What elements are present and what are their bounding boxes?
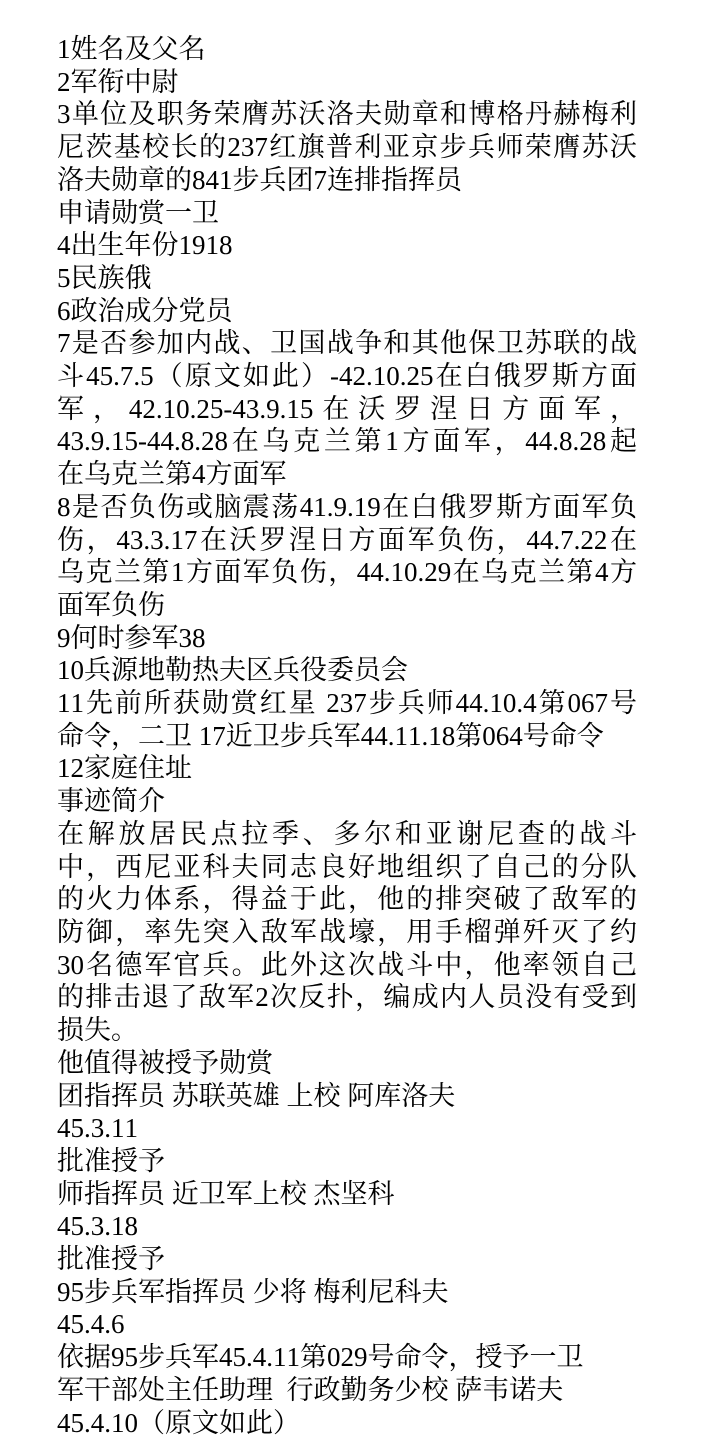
text-line-11: 斗45.7.5（原文如此）-42.10.25在白俄罗斯方面 xyxy=(57,360,637,393)
text-line-29: 30名德军官兵。此外这次战斗中，他率领自己 xyxy=(57,949,637,982)
text-line-18: 面军负伤 xyxy=(57,589,637,622)
text-line-38: 批准授予 xyxy=(57,1243,637,1276)
text-line-20: 10兵源地勒热夫区兵役委员会 xyxy=(57,654,637,687)
text-line-7: 4出生年份1918 xyxy=(57,229,637,262)
text-line-27: 的火力体系，得益于此，他的排突破了敌军的 xyxy=(57,883,637,916)
text-line-39: 95步兵军指挥员 少将 梅利尼科夫 xyxy=(57,1276,637,1309)
text-line-8: 5民族俄 xyxy=(57,262,637,295)
text-line-43: 45.4.10（原文如此） xyxy=(57,1407,637,1440)
text-line-34: 45.3.11 xyxy=(57,1112,637,1145)
text-line-24: 事迹简介 xyxy=(57,785,637,818)
text-line-1: 1姓名及父名 xyxy=(57,33,637,66)
text-line-22: 命令，二卫 17近卫步兵军44.11.18第064号命令 xyxy=(57,720,637,753)
text-line-32: 他值得被授予勋赏 xyxy=(57,1047,637,1080)
text-line-37: 45.3.18 xyxy=(57,1210,637,1243)
text-line-41: 依据95步兵军45.4.11第029号命令，授予一卫 xyxy=(57,1341,637,1374)
text-line-4: 尼茨基校长的237红旗普利亚京步兵师荣膺苏沃 xyxy=(57,131,637,164)
text-line-31: 损失。 xyxy=(57,1014,637,1047)
text-line-2: 2军衔中尉 xyxy=(57,66,637,99)
text-line-21: 11先前所获勋赏红星 237步兵师44.10.4第067号 xyxy=(57,687,637,720)
text-line-19: 9何时参军38 xyxy=(57,622,637,655)
text-line-33: 团指挥员 苏联英雄 上校 阿库洛夫 xyxy=(57,1080,637,1113)
text-line-40: 45.4.6 xyxy=(57,1308,637,1341)
text-line-12: 军，42.10.25-43.9.15在沃罗涅日方面军， xyxy=(57,393,637,426)
text-line-35: 批准授予 xyxy=(57,1145,637,1178)
text-block: 1姓名及父名2军衔中尉3单位及职务荣膺苏沃洛夫勋章和博格丹赫梅利尼茨基校长的23… xyxy=(57,33,637,1439)
text-line-26: 中，西尼亚科夫同志良好地组织了自己的分队 xyxy=(57,851,637,884)
text-line-16: 伤，43.3.17在沃罗涅日方面军负伤，44.7.22在 xyxy=(57,524,637,557)
text-line-42: 军干部处主任助理 行政勤务少校 萨韦诺夫 xyxy=(57,1374,637,1407)
text-line-3: 3单位及职务荣膺苏沃洛夫勋章和博格丹赫梅利 xyxy=(57,98,637,131)
text-line-28: 防御，率先突入敌军战壕，用手榴弹歼灭了约 xyxy=(57,916,637,949)
text-line-23: 12家庭住址 xyxy=(57,752,637,785)
text-line-36: 师指挥员 近卫军上校 杰坚科 xyxy=(57,1178,637,1211)
text-line-17: 乌克兰第1方面军负伤，44.10.29在乌克兰第4方 xyxy=(57,556,637,589)
text-line-14: 在乌克兰第4方面军 xyxy=(57,458,637,491)
document-page: 1姓名及父名2军衔中尉3单位及职务荣膺苏沃洛夫勋章和博格丹赫梅利尼茨基校长的23… xyxy=(0,0,707,1440)
text-line-30: 的排击退了敌军2次反扑，编成内人员没有受到 xyxy=(57,981,637,1014)
text-line-6: 申请勋赏一卫 xyxy=(57,197,637,230)
text-line-5: 洛夫勋章的841步兵团7连排指挥员 xyxy=(57,164,637,197)
text-line-10: 7是否参加内战、卫国战争和其他保卫苏联的战 xyxy=(57,327,637,360)
text-line-15: 8是否负伤或脑震荡41.9.19在白俄罗斯方面军负 xyxy=(57,491,637,524)
text-line-13: 43.9.15-44.8.28在乌克兰第1方面军，44.8.28起 xyxy=(57,425,637,458)
text-line-9: 6政治成分党员 xyxy=(57,295,637,328)
text-line-25: 在解放居民点拉季、多尔和亚谢尼查的战斗 xyxy=(57,818,637,851)
